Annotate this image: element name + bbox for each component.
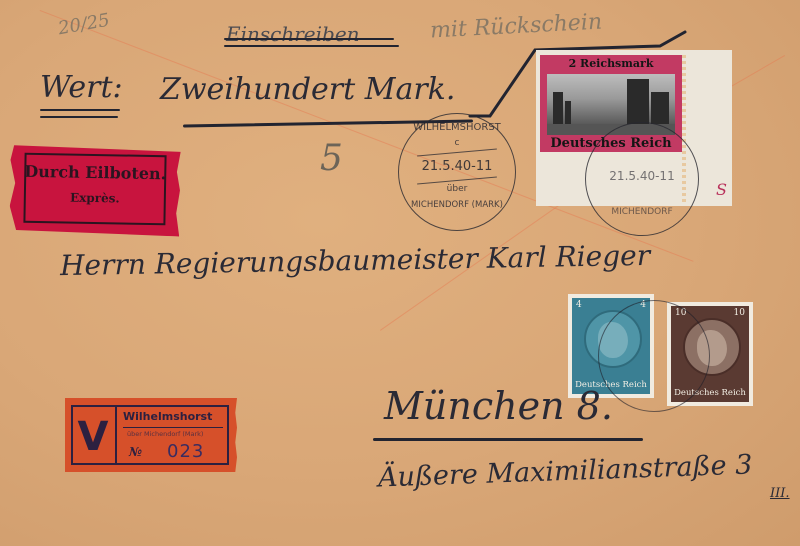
recipient-name: Herrn Regierungsbaumeister Karl Rieger [60, 239, 651, 282]
stamp-value-right: 10 [734, 308, 745, 318]
reg-number: 023 [167, 441, 204, 462]
postmark-main: WILHELMSHORST c 21.5.40-11 über MICHENDO… [398, 113, 516, 231]
postmark-bar [417, 149, 497, 157]
postmark-date: 21.5.40-11 [399, 159, 515, 174]
value-amount: Zweihundert Mark. [160, 72, 455, 107]
postmark-stamp-cancel [598, 300, 710, 412]
postmark-code: c [399, 138, 515, 148]
reg-place: Wilhelmshorst [123, 410, 212, 423]
postmark-town: WILHELMSHORST [399, 122, 515, 133]
postmark-partial: 21.5.40-11 MICHENDORF [585, 122, 699, 236]
postmark-via: über [399, 184, 515, 194]
value-label-underline [40, 116, 118, 118]
recipient-city: München 8. [384, 384, 613, 428]
postmark-office: MICHENDORF (MARK) [399, 200, 515, 210]
stamp-value-left: 4 [576, 300, 582, 310]
service-struck-text: Einschreiben [226, 22, 360, 46]
recipient-street: Äußere Maximilianstraße 3 [378, 449, 753, 493]
strike-line [224, 38, 394, 40]
registered-express-envelope: 20/25 Einschreiben mit Rückschein Wert: … [0, 0, 800, 546]
strike-line [224, 45, 399, 47]
value-label-underline [40, 109, 120, 111]
pencil-digit: 5 [320, 138, 343, 179]
reg-separator [123, 427, 223, 428]
reg-via: über Michendorf (Mark) [127, 430, 203, 438]
value-label: Wert: [40, 70, 123, 105]
postmark-partial-date: 21.5.40-11 [586, 169, 698, 183]
reg-number-prefix: № [129, 445, 142, 459]
recipient-floor: III. [770, 486, 790, 501]
registration-value-label: V Wilhelmshorst über Michendorf (Mark) №… [65, 398, 237, 472]
city-underline [373, 438, 643, 441]
express-delivery-label: Durch Eilboten. Exprès. [9, 142, 181, 237]
overprint-value: 2 Reichsmark [540, 57, 682, 70]
reg-letter: V [71, 414, 115, 460]
postmark-partial-bottom: MICHENDORF [586, 207, 698, 217]
express-label-line1: Durch Eilboten. [10, 162, 180, 184]
selvage-mark: S [716, 180, 727, 199]
express-label-line2: Exprès. [10, 190, 180, 207]
